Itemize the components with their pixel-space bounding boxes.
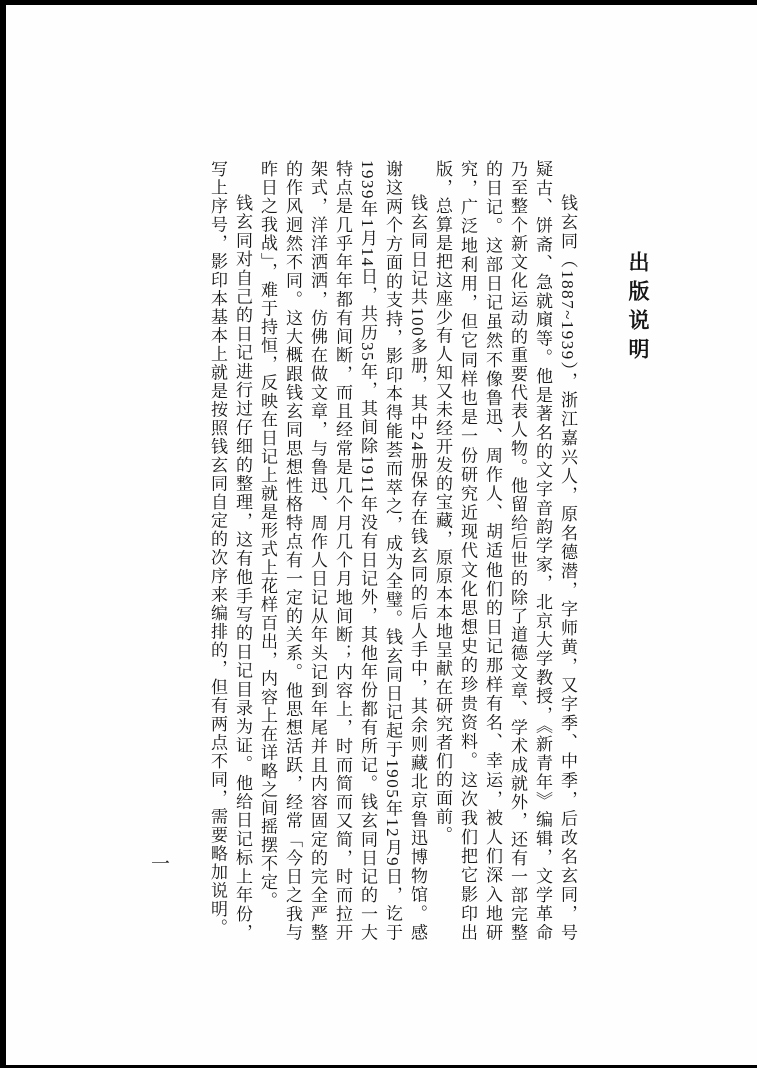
paragraph-1: 钱玄同（1887~1939），浙江嘉兴人，原名德潜，字师黄，又字季、中季，后改名… xyxy=(430,160,580,942)
page-title: 出版说明 xyxy=(623,251,653,367)
book-page: 出版说明 钱玄同（1887~1939），浙江嘉兴人，原名德潜，字师黄，又字季、中… xyxy=(0,0,757,1068)
body-text: 钱玄同（1887~1939），浙江嘉兴人，原名德潜，字师黄，又字季、中季，后改名… xyxy=(198,160,580,942)
scan-edge-top xyxy=(0,0,757,5)
page-number: 一 xyxy=(151,849,170,876)
scan-edge-left xyxy=(0,0,6,1068)
paragraph-3: 钱玄同对自己的日记进行过仔细的整理，这有他手写的日记目录为证。他给日记标上年份，… xyxy=(205,160,255,942)
paragraph-2: 钱玄同日记共100多册，其中24册保存在钱玄同的后人手中，其余则藏北京鲁迅博物馆… xyxy=(255,160,430,942)
